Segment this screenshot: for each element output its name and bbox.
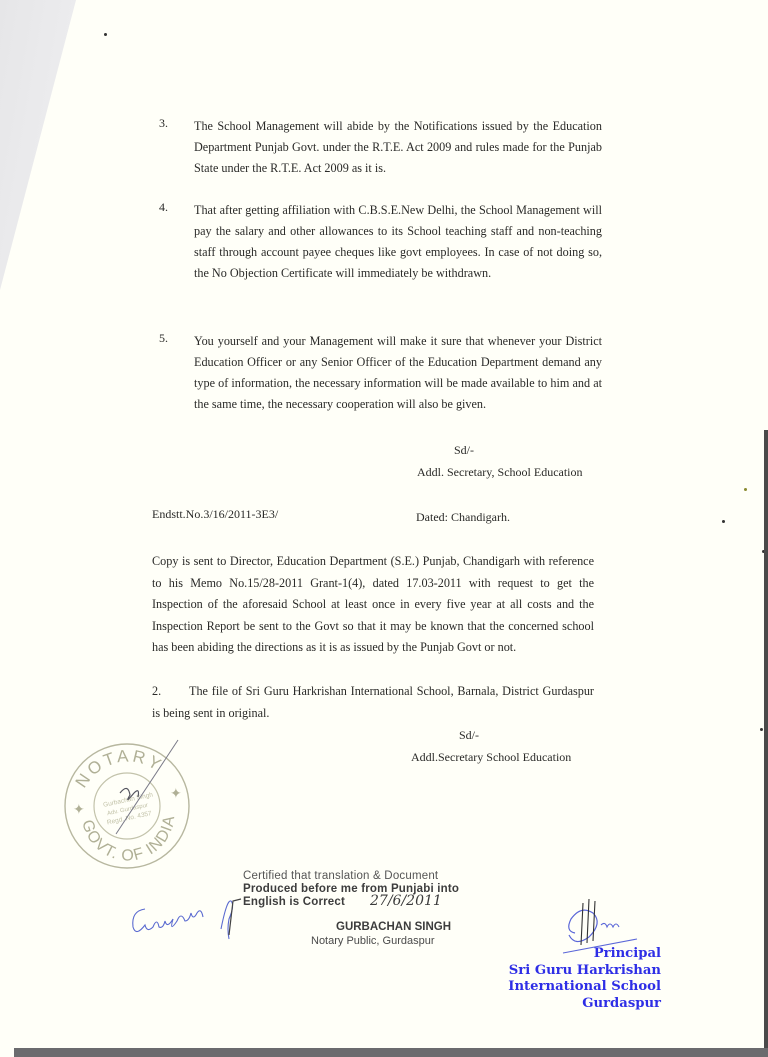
paragraph-4: That after getting affiliation with C.B.…: [194, 200, 602, 284]
paragraph-number: 5.: [159, 331, 168, 346]
notary-seal-icon: NOTARY GOVT. OF INDIA ✦ ✦ Gurbachan Sing…: [60, 738, 195, 873]
translation-certification: Certified that translation & Document Pr…: [243, 870, 493, 909]
notary-name: GURBACHAN SINGH: [336, 921, 451, 933]
school-name: Sri Guru Harkrishan: [508, 963, 661, 980]
svg-text:✦: ✦: [170, 787, 182, 802]
signature-sd: Sd/-: [459, 728, 479, 743]
notary-signature-icon: [125, 895, 245, 945]
page-edge: [14, 1048, 768, 1057]
signatory-title: Addl.Secretary School Education: [411, 750, 571, 765]
item-number: 2.: [152, 681, 189, 703]
notary-role: Notary Public, Gurdaspur: [311, 935, 435, 947]
paragraph-5: You yourself and your Management will ma…: [194, 331, 602, 415]
certification-line: Produced before me from Punjabi into: [243, 883, 493, 896]
endorsement-date: Dated: Chandigarh.: [416, 510, 510, 525]
paragraph-3: The School Management will abide by the …: [194, 116, 602, 179]
certification-line: English is Correct: [243, 896, 493, 909]
svg-text:✦: ✦: [73, 803, 85, 818]
paragraph-number: 4.: [159, 200, 168, 215]
item-text: The file of Sri Guru Harkrishan Internat…: [152, 684, 594, 720]
copy-paragraph: Copy is sent to Director, Education Depa…: [152, 551, 594, 659]
item-2: 2.The file of Sri Guru Harkrishan Intern…: [152, 681, 594, 724]
certification-line: Certified that translation & Document: [243, 870, 493, 883]
school-location: Gurdaspur: [508, 996, 661, 1013]
endorsement-number: Endstt.No.3/16/2011-3E3/: [152, 507, 278, 522]
page-edge: [764, 430, 768, 1057]
paragraph-number: 3.: [159, 116, 168, 131]
principal-title: Principal: [508, 946, 661, 963]
handwritten-date: 27/6/2011: [370, 893, 442, 909]
signature-sd: Sd/-: [454, 443, 474, 458]
principal-stamp: Principal Sri Guru Harkrishan Internatio…: [508, 946, 661, 1012]
signatory-title: Addl. Secretary, School Education: [417, 465, 583, 480]
scan-shadow: [0, 0, 80, 300]
school-name-cont: International School: [508, 979, 661, 996]
